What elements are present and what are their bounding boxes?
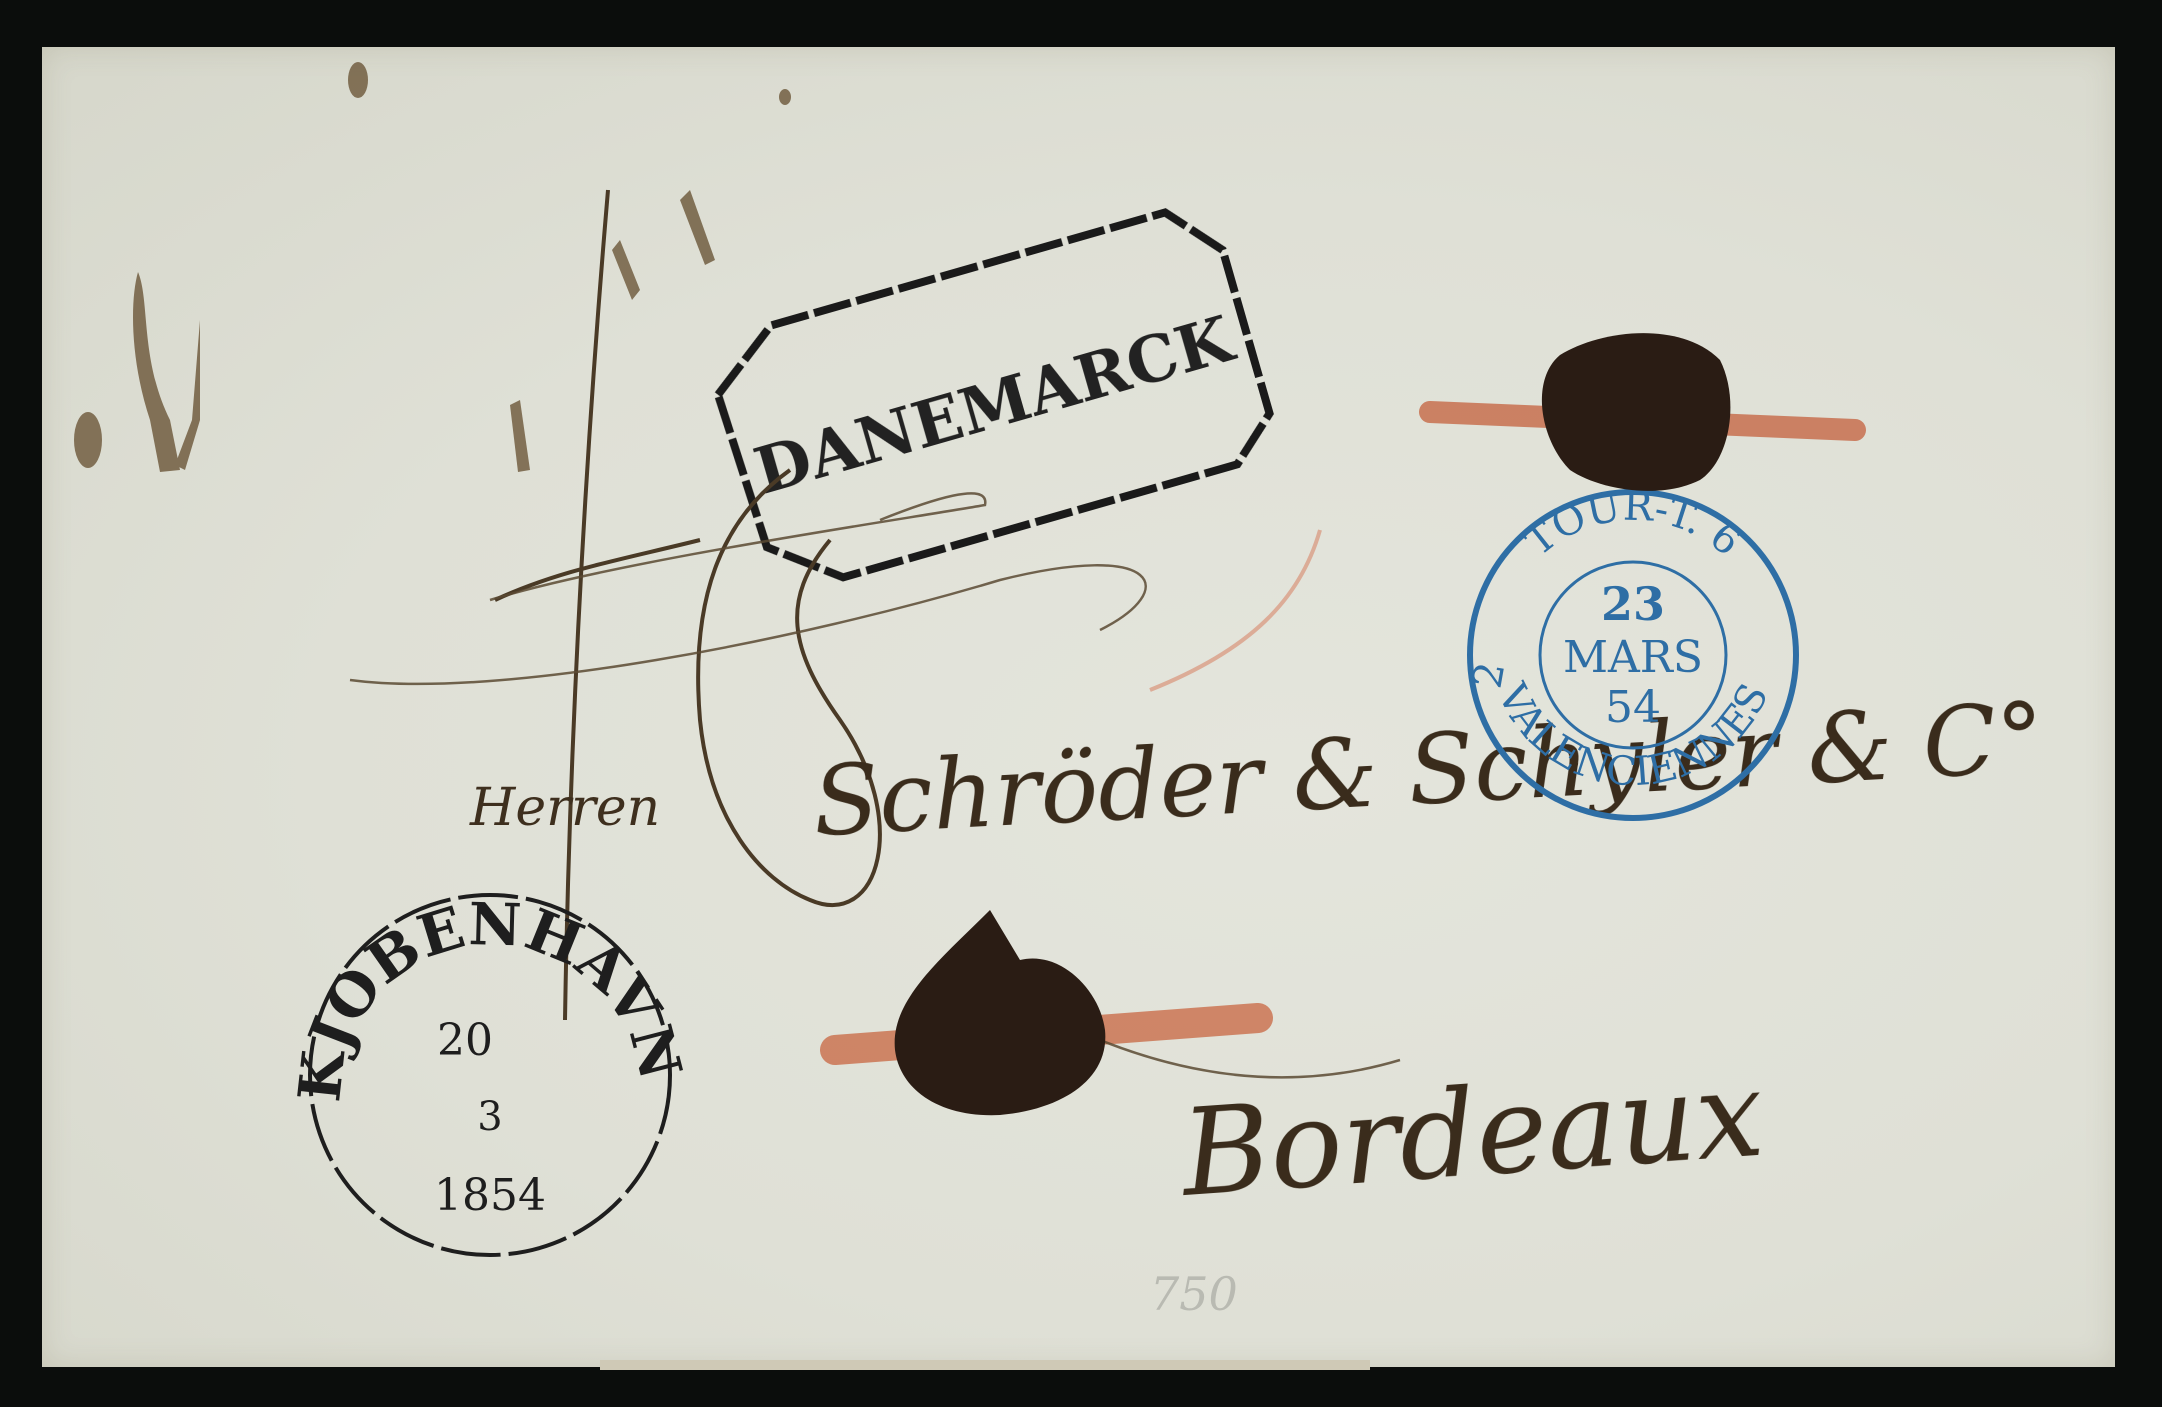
transit-top-text: TOUR-T. 6: [1517, 484, 1750, 566]
transit-year: 54: [1605, 682, 1661, 733]
ink-splatter-marks: [74, 62, 791, 472]
transit-month: MARS: [1563, 632, 1703, 683]
addressee-text: Schröder & Schyler & C°: [810, 682, 2047, 858]
kjobenhavn-departure-postmark: KJOBENHAVN 20 3 1854: [285, 890, 695, 1255]
kjobenhavn-year: 1854: [434, 1170, 546, 1221]
danemarck-text: DANEMARCK: [747, 301, 1244, 510]
kjobenhavn-town-text: KJOBENHAVN: [285, 890, 695, 1105]
salutation-text: Herren: [469, 778, 660, 838]
kjobenhavn-month: 3: [477, 1094, 502, 1140]
pencil-note: 750: [1150, 1267, 1238, 1321]
transit-day: 23: [1601, 577, 1665, 631]
kjobenhavn-day: 20: [437, 1015, 493, 1066]
city-text: Bordeaux: [1175, 1045, 1767, 1224]
cover-markings: DANEMARCK Herren Schröder & Schyler & C°…: [0, 0, 2162, 1407]
